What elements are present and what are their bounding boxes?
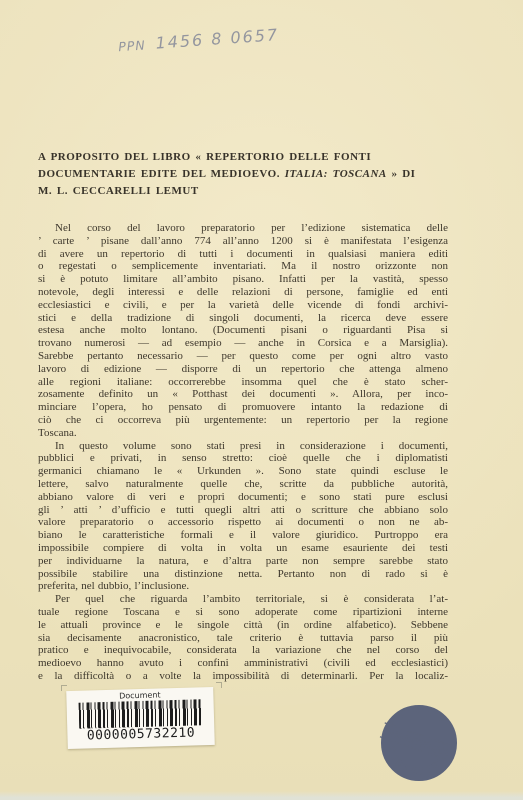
text-line: sia decisamente anacronistico, tale crit… [38,632,448,645]
library-stamp-icon: ECOLE DES CHARTES BIBLIOTHÈQUE [376,700,462,786]
text-line: ’ carte ’ pisane dall’anno 774 all’anno … [38,235,448,248]
text-line: lavoro di edizione — disporre di un repe… [38,363,448,376]
scan-edge [0,791,523,800]
title-line-2: DOCUMENTARIE EDITE DEL MEDIOEVO. ITALIA:… [38,166,452,183]
title-segment: DOCUMENTARIE EDITE DEL MEDIOEVO. [38,168,285,180]
text-line: preferita, nel dubbio, l’inclusione. [38,580,448,593]
text-line: pubblici e privati, in senso stretto: ci… [38,452,448,465]
text-line: gli ’ atti ’ d’ufficio e tutti quegli al… [38,504,448,517]
text-line: trovano numerosi — ad esempio — anche in… [38,337,448,350]
barcode-label: Document 0000005732210 [66,687,215,749]
text-line: Toscana. [38,427,448,440]
text-line: lettere, salvo naturalmente quelle che, … [38,478,448,491]
text-line: si è potuto limitare all’ambito pisano. … [38,273,448,286]
handwritten-number: 1456 8 0657 [155,25,280,53]
article-title: A PROPOSITO DEL LIBRO « REPERTORIO DELLE… [38,149,452,200]
title-segment: » DI [387,168,416,180]
text-line: valore preparatorio o accessorio rispett… [38,516,448,529]
text-line: di avere un repertorio di tutti i docume… [38,248,448,261]
text-line: germanici chiamano le « Urkunden ». Sono… [38,465,448,478]
text-line: ecclesiastici e civili, e per la varietà… [38,299,448,312]
text-line: Per quel che riguarda l’ambito territori… [38,593,448,606]
title-segment-italic: ITALIA: TOSCANA [285,168,387,180]
body-text: Nel corso del lavoro preparatorio per l’… [38,222,448,683]
paragraph-3: Per quel che riguarda l’ambito territori… [38,593,448,683]
text-line: alle regioni italiane: occorrerebbe inso… [38,376,448,389]
barcode-icon [79,699,203,728]
text-line: medioevo hanno avuto i confini amministr… [38,657,448,670]
text-line: tuale regione Toscana e si sono adoperat… [38,606,448,619]
text-line: possibile stabilire una distinzione nett… [38,568,448,581]
text-line: impossibile compiere di volta in volta u… [38,542,448,555]
text-line: stici e della tradizione di singoli docu… [38,312,448,325]
handwritten-prefix: PPN [118,37,146,54]
text-line: o regestati o semplicemente inventariati… [38,260,448,273]
barcode-number: 0000005732210 [67,725,214,744]
text-line: minciare l’opera, ho pensato di promuove… [38,401,448,414]
text-line: e la difficoltà o a volte la impossibili… [38,670,448,683]
text-line: pratico e inequivocabile, considerata la… [38,644,448,657]
paragraph-2: In questo volume sono stati presi in con… [38,440,448,594]
text-line: estesa anche molto lontano. (Documenti p… [38,324,448,337]
title-line-1: A PROPOSITO DEL LIBRO « REPERTORIO DELLE… [38,149,452,166]
text-line: per individuarne la natura, e d’altra pa… [38,555,448,568]
text-line: Sarebbe pertanto necessario — per questo… [38,350,448,363]
label-corner-mark [216,682,222,688]
scanned-page: PPN1456 8 0657 A PROPOSITO DEL LIBRO « R… [0,0,523,800]
text-line: le attuali province e le singole città (… [38,619,448,632]
title-line-3: M. L. CECCARELLI LEMUT [38,183,452,200]
text-line: notevole, degli interessi e delle relazi… [38,286,448,299]
text-line: ciò che ci occorreva più urgentemente: u… [38,414,448,427]
text-line: biano le caratteristiche formali e il va… [38,529,448,542]
text-line: abbiano valore di veri e propri document… [38,491,448,504]
handwritten-shelfmark: PPN1456 8 0657 [118,24,299,56]
text-line: In questo volume sono stati presi in con… [38,440,448,453]
paragraph-1: Nel corso del lavoro preparatorio per l’… [38,222,448,440]
text-line: Nel corso del lavoro preparatorio per l’… [38,222,448,235]
text-line: zosamente definito un « Potthast dei doc… [38,388,448,401]
